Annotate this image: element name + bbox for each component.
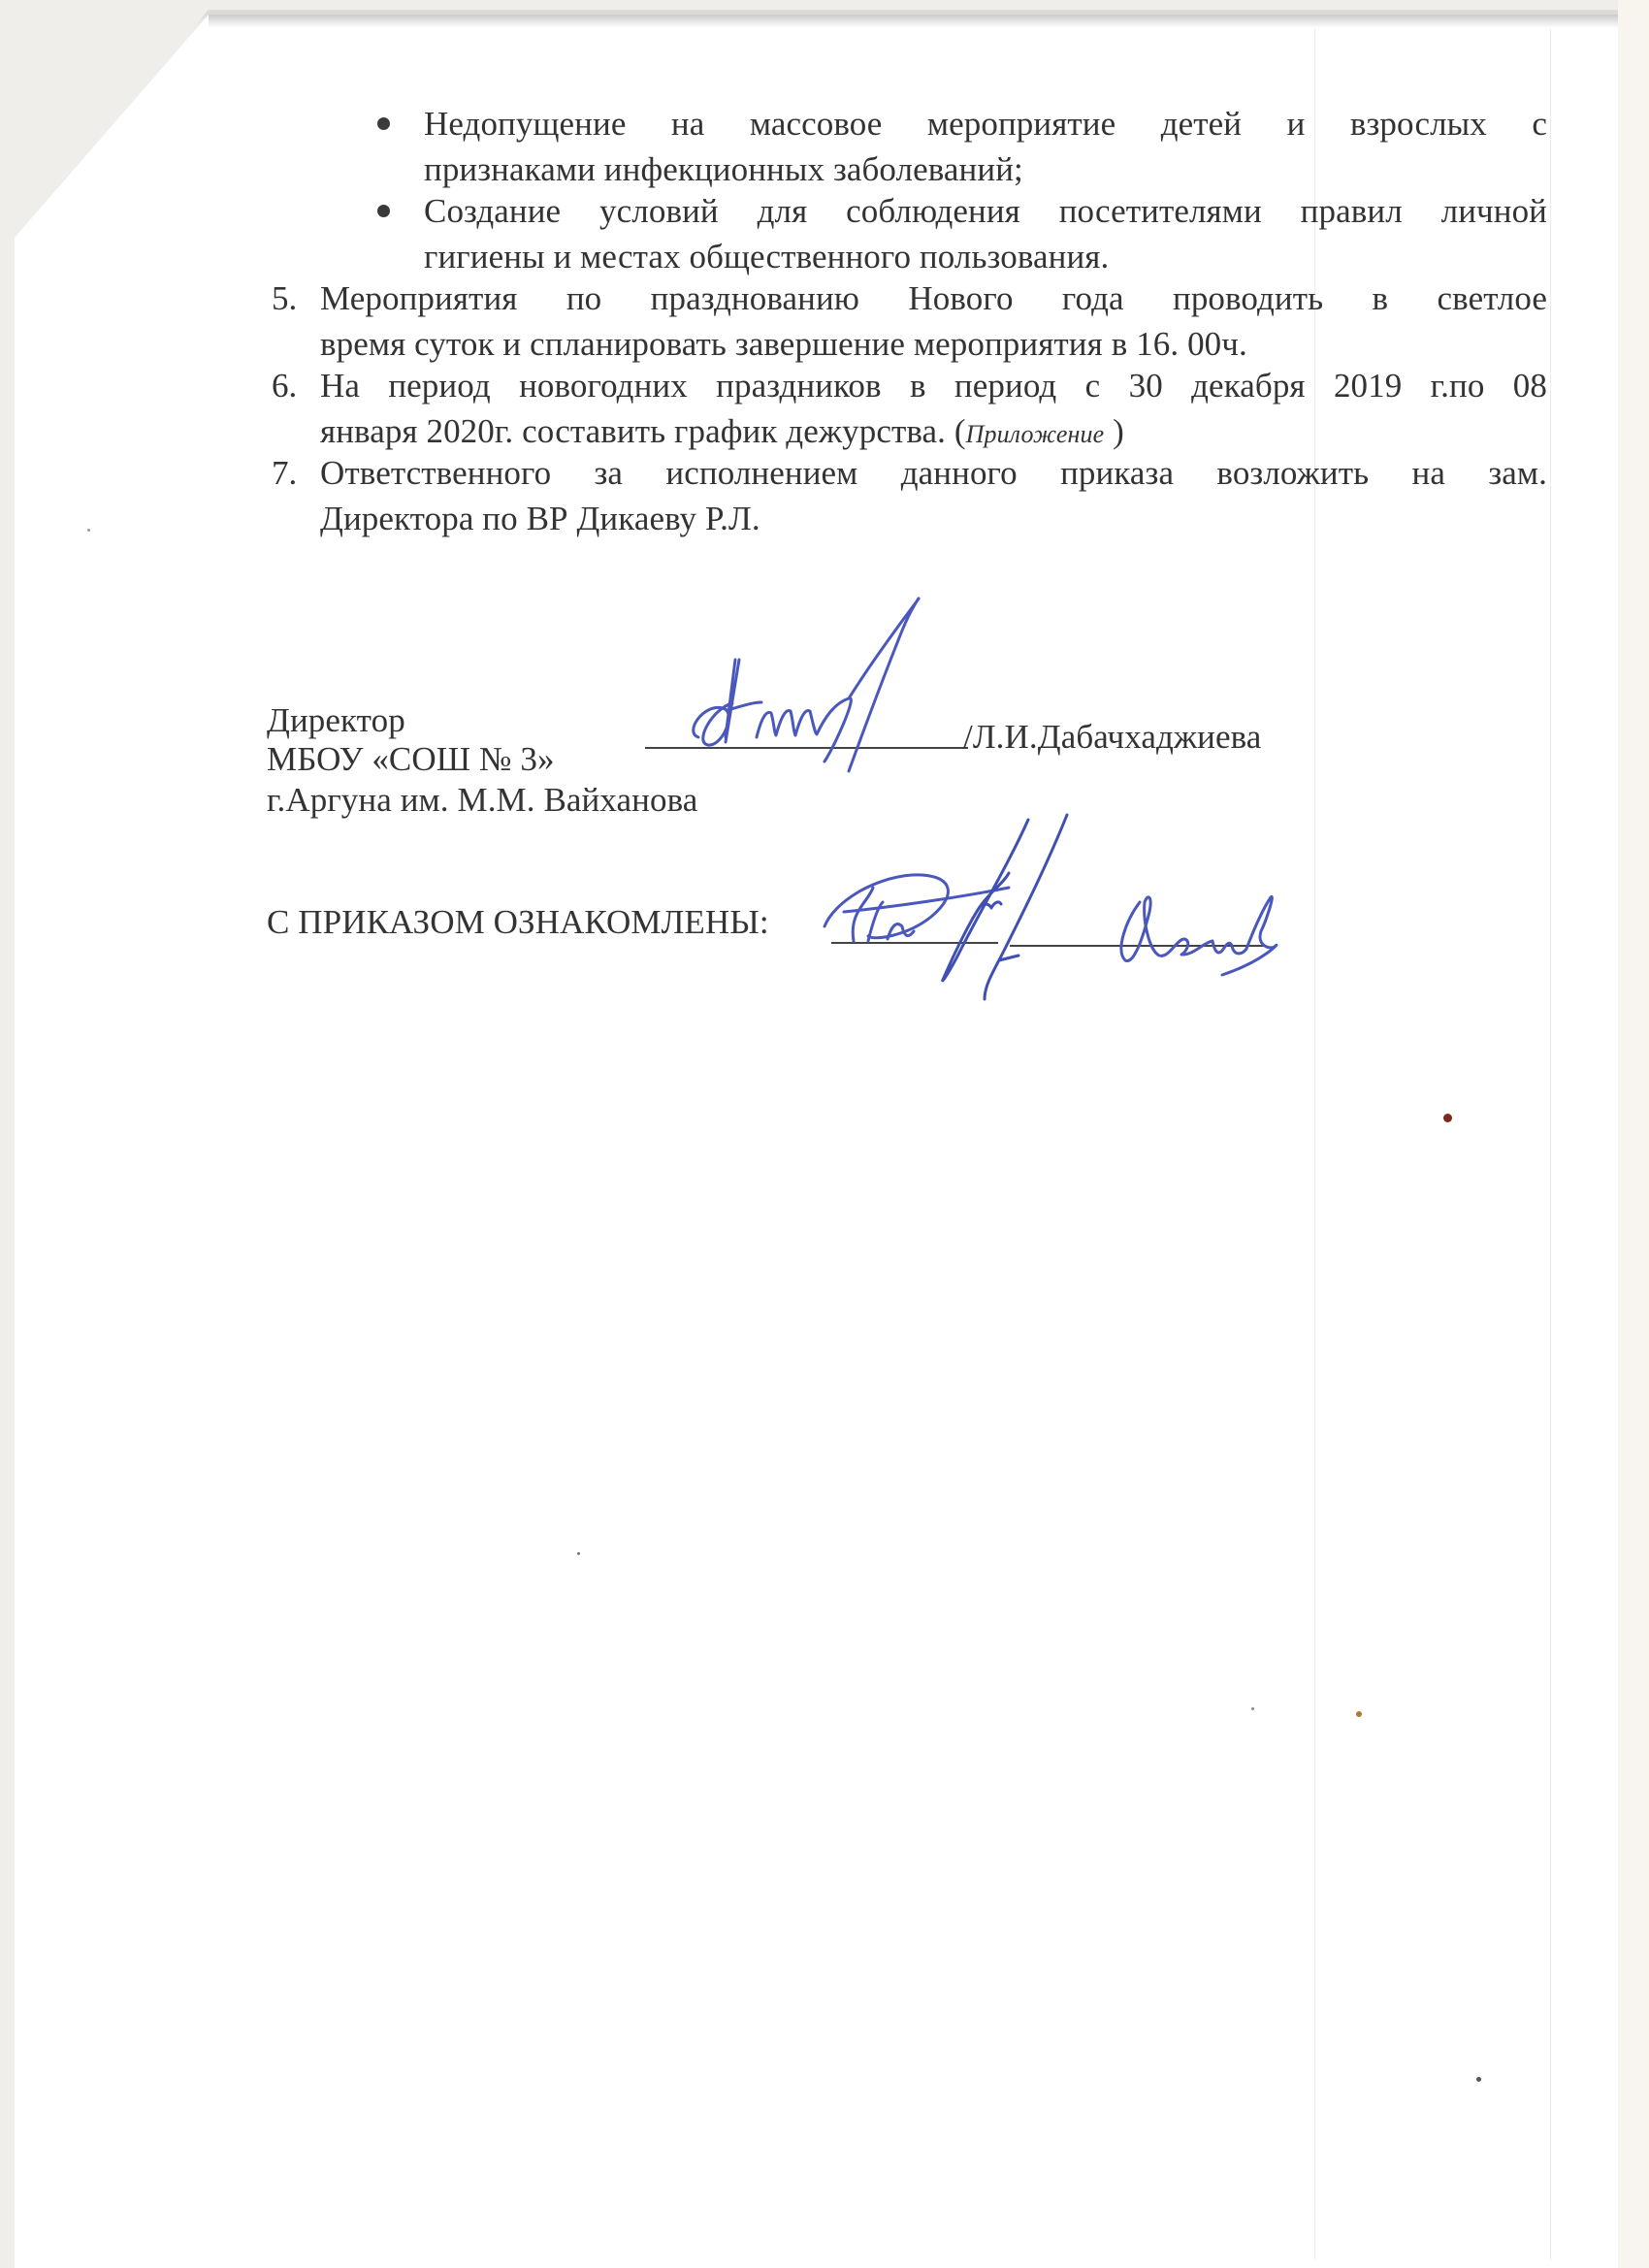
item-7-line-1: Ответственного за исполнением данного пр… [320, 449, 1547, 498]
appendix-reference: Приложение [966, 420, 1105, 448]
item-6-text: января 2020г. составить график дежурства… [320, 412, 966, 450]
bullet-2-line-1: Создание условий для соблюдения посетите… [424, 187, 1547, 236]
closing-paren: ) [1104, 412, 1124, 450]
bullet-1-line-1: Недопущение на массовое мероприятие дете… [424, 100, 1547, 148]
scan-speck [1251, 1707, 1254, 1710]
scan-streak [1550, 29, 1551, 2260]
scanner-margin-right [1618, 0, 1649, 2268]
scan-speck [1476, 2077, 1481, 2082]
acknowledgement-label: С ПРИКАЗОМ ОЗНАКОМЛЕНЫ: [267, 898, 769, 947]
director-signature [679, 601, 970, 776]
signer-location: г.Аргуна им. М.М. Вайханова [267, 776, 697, 825]
signer-name: /Л.И.Дабачхаджиева [963, 713, 1261, 761]
bullet-icon [377, 205, 390, 217]
scan-speck [1443, 1114, 1452, 1122]
paper-top-shade [209, 15, 1618, 28]
bullet-icon [377, 117, 390, 130]
item-5-line-1: Мероприятия по празднованию Нового года … [320, 275, 1547, 323]
scan-speck [1356, 1711, 1362, 1717]
acknowledgement-signature-2 [931, 815, 1125, 1028]
scan-speck [87, 529, 90, 532]
item-number: 6. [272, 362, 297, 410]
scan-speck [577, 1552, 580, 1555]
item-7-line-2: Директора по ВР Дикаеву Р.Л. [320, 495, 760, 543]
item-number: 5. [272, 275, 297, 323]
acknowledgement-signature-3 [1106, 854, 1426, 999]
item-6-line-1: На период новогодних праздников в период… [320, 362, 1547, 410]
item-number: 7. [272, 449, 297, 498]
